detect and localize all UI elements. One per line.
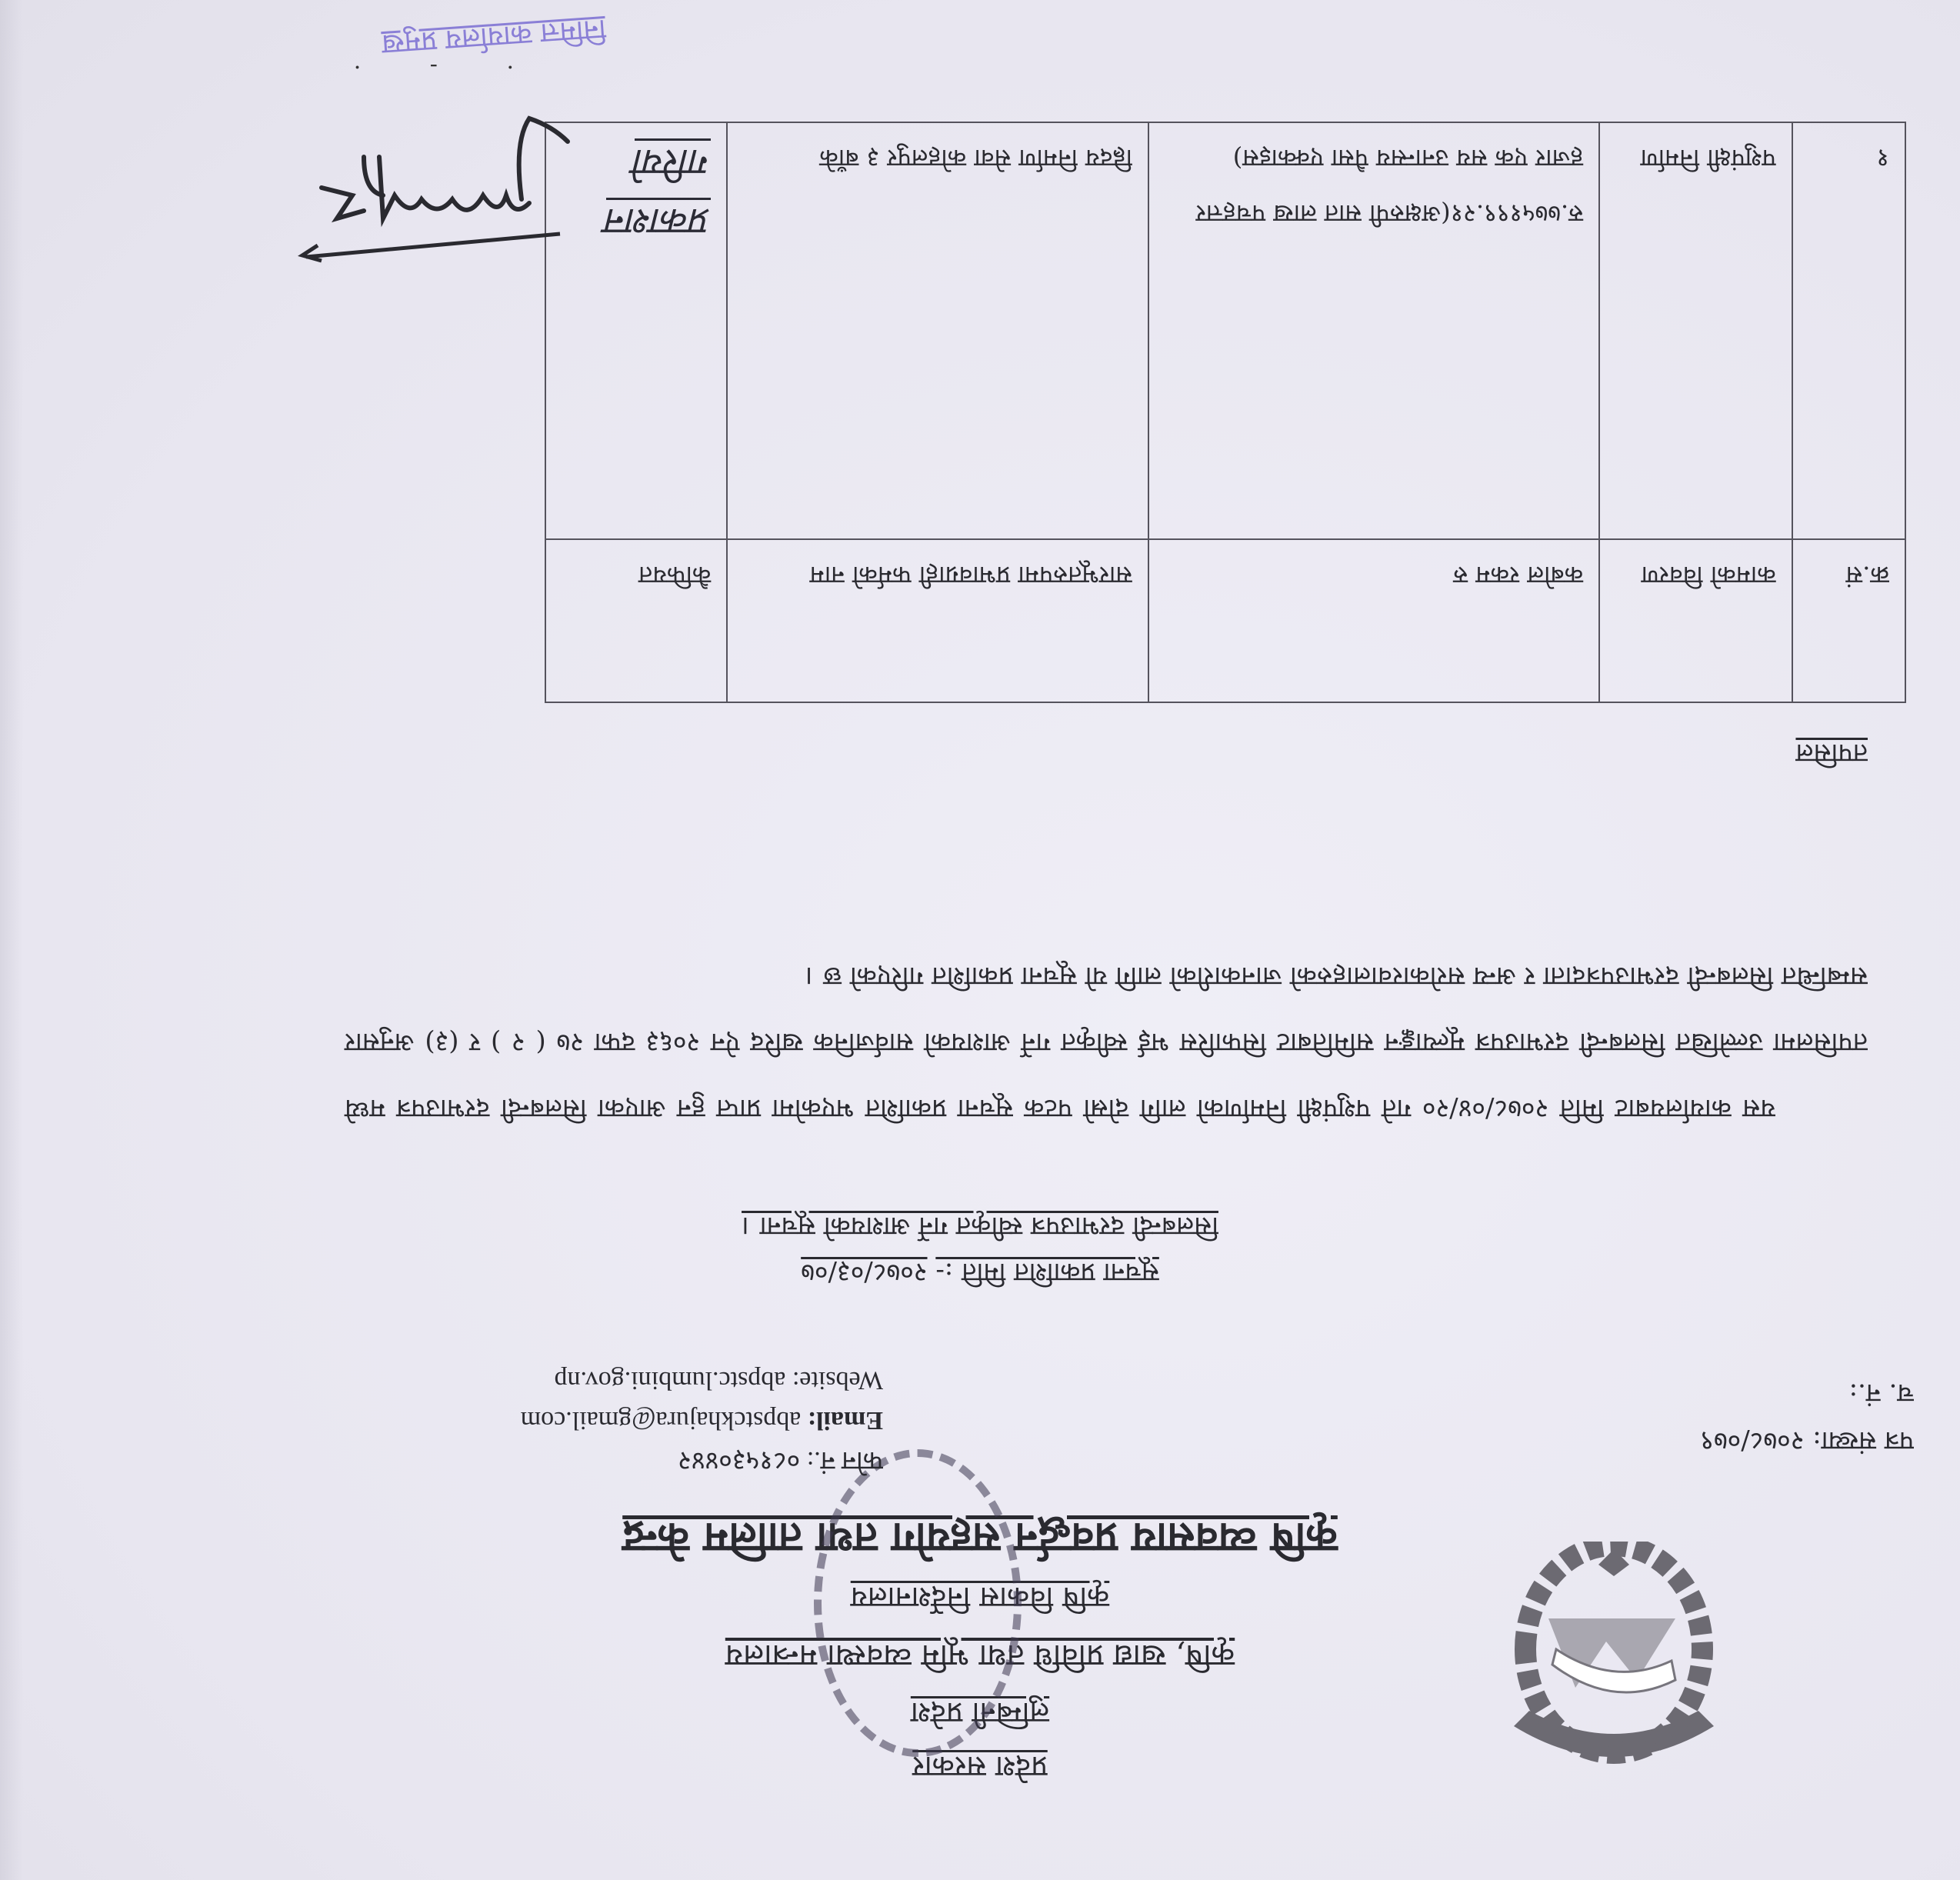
phone-line: फोन नं.: ०८१५३०४४२	[521, 1440, 883, 1480]
notice-date-subject: सूचना प्रकाशित मिति :- २०७८/०३/०७ सिलबन्…	[0, 1203, 1960, 1295]
cell-work: पशुपंक्षी निर्माण	[1599, 122, 1792, 539]
email-link[interactable]: abpstckhajura@gmail.com	[521, 1406, 802, 1435]
published-date: सूचना प्रकाशित मिति :- २०७८/०३/०७	[0, 1249, 1960, 1295]
notice-subject: सिलबन्दी दरभाउपत्र स्वीकृत गर्ने आशयको स…	[0, 1203, 1960, 1249]
website-link[interactable]: abpstc.lumbini.gov.np	[554, 1366, 785, 1395]
cell-serial: १	[1792, 122, 1905, 539]
cell-amount: रु.७७५१९९.२१(अक्षरुपी सात लाख पचहत्तर हज…	[1148, 122, 1599, 539]
email-line: Email: abpstckhajura@gmail.com	[521, 1400, 883, 1440]
tapsil-label: तपसिल	[1795, 737, 1868, 772]
handwritten-signature-icon	[283, 111, 575, 265]
bid-table: क्र.सं कामको विवरण कबोल रकम रु सारभूतरुप…	[545, 122, 1906, 703]
col-work: कामको विवरण	[1599, 539, 1792, 702]
contact-block: फोन नं.: ०८१५३०४४२ Email: abpstckhajura@…	[521, 1360, 883, 1480]
scanned-notice-page: प्रदेश सरकार लुम्बिनी प्रदेश कृषि, खाद्य…	[0, 0, 1960, 1880]
website-line: Website: abpstc.lumbini.gov.np	[521, 1360, 883, 1400]
letter-number: पत्र संख्या: २०७८/०७९	[1700, 1417, 1914, 1465]
header-government: प्रदेश सरकार	[0, 1748, 1960, 1788]
reference-block: पत्र संख्या: २०७८/०७९ च. नं.:	[1700, 1369, 1914, 1465]
table-header-row: क्र.सं कामको विवरण कबोल रकम रु सारभूतरुप…	[545, 539, 1905, 702]
office-head-stamp: निमित्त कार्यालय प्रमुख	[381, 12, 608, 65]
handwritten-remark: प्रकाशन गरियो	[607, 138, 712, 243]
col-remark: कैफियत	[545, 539, 727, 702]
office-round-stamp	[814, 1449, 1022, 1757]
cell-firm: ह्रिदय निर्माण सेवा कोहलपुर ३ बाँके	[727, 122, 1148, 539]
col-serial: क्र.सं	[1792, 539, 1905, 702]
notice-body: यस कार्यालयबाट मिति २०७८/०४/२० गते पशुपं…	[345, 943, 1868, 1142]
table-row: १ पशुपंक्षी निर्माण रु.७७५१९९.२१(अक्षरुप…	[545, 122, 1905, 539]
col-amount: कबोल रकम रु	[1148, 539, 1599, 702]
dispatch-number: च. नं.:	[1700, 1369, 1914, 1417]
col-firm: सारभूतरुपमा प्रभावग्राही फर्मको नाम	[727, 539, 1148, 702]
